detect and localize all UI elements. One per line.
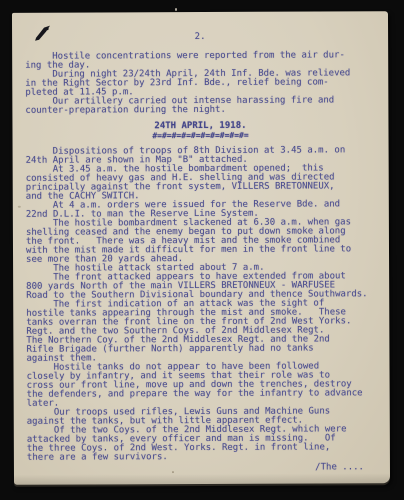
border-speck — [175, 8, 177, 11]
intro-paragraphs: Hostile concentrations were reported fro… — [25, 51, 350, 115]
paper-speck — [18, 206, 21, 208]
page-number: 2. — [12, 32, 388, 43]
paper-speck — [172, 471, 174, 473]
document-page: 2. Hostile concentrations were reported … — [12, 11, 390, 485]
page-continuation-mark: /The .... — [315, 463, 364, 472]
scan-background: 2. Hostile concentrations were reported … — [0, 0, 404, 500]
body-paragraphs: Dispositions of troops of 8th Division a… — [26, 146, 369, 462]
heading-underline: #=#=#=#=#=#=#=#=#=#= — [12, 131, 388, 141]
